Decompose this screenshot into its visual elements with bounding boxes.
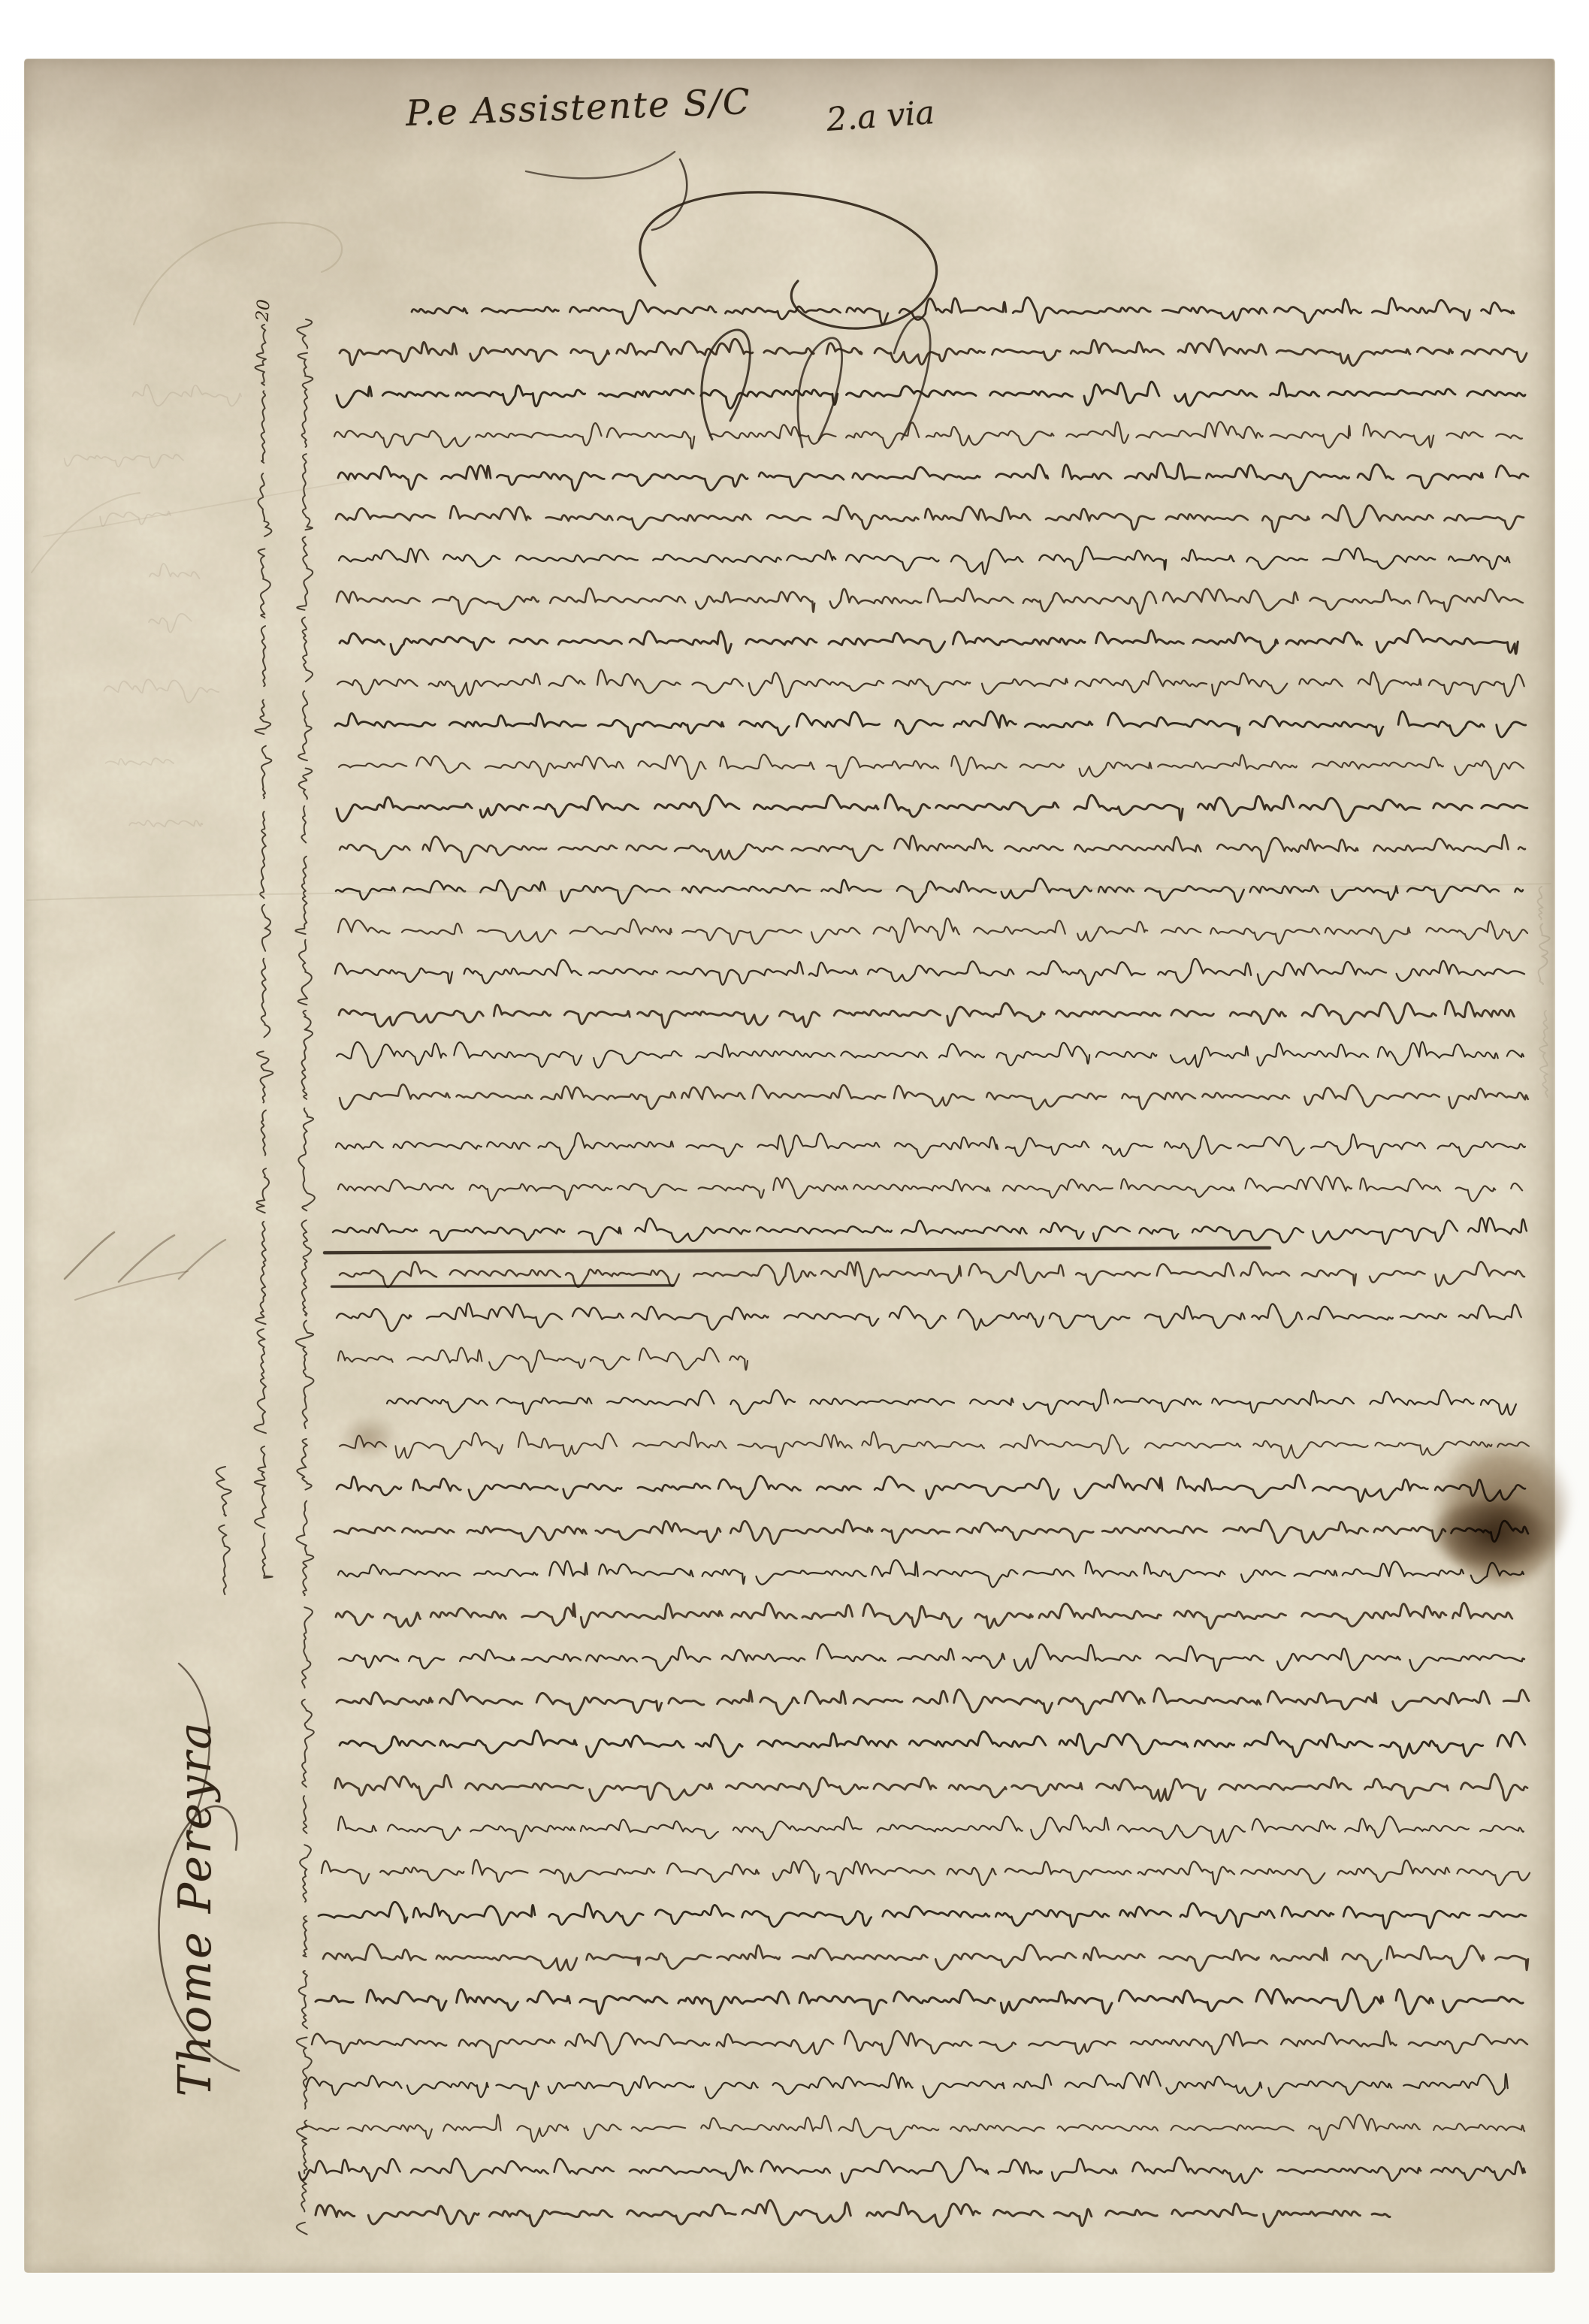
bleed-through-mark — [149, 614, 192, 633]
margin-annotation-line — [295, 319, 315, 2235]
margin-annotation-line — [216, 1467, 231, 1594]
handwriting-line — [338, 918, 1527, 944]
header-swash — [526, 152, 675, 178]
handwriting-line — [312, 2031, 1527, 2058]
handwriting-line — [316, 1989, 1523, 2014]
handwriting-line — [338, 1176, 1522, 1201]
handwriting-line — [339, 1001, 1514, 1028]
margin-annotation-line — [254, 325, 273, 1578]
pen-flourish — [894, 317, 930, 440]
handwriting-line — [387, 1389, 1516, 1415]
handwriting-line — [335, 712, 1526, 737]
bleed-through-mark — [1538, 887, 1550, 984]
handwriting-line — [340, 1262, 1524, 1287]
bleed-through-mark — [1539, 1011, 1548, 1097]
bleed-through-mark — [129, 821, 202, 827]
handwriting-line — [340, 835, 1525, 863]
handwriting-line — [340, 630, 1518, 655]
handwriting-line — [339, 547, 1509, 574]
handwriting-line — [337, 1042, 1524, 1068]
handwriting-line — [334, 422, 1522, 449]
handwriting-line — [322, 1860, 1530, 1885]
handwriting-line — [339, 1644, 1524, 1671]
bleed-through-mark — [132, 385, 241, 406]
handwriting-line — [338, 1560, 1524, 1587]
handwriting-line — [323, 1945, 1528, 1972]
handwriting-line — [333, 1218, 1527, 1245]
handwriting-line — [307, 2072, 1508, 2100]
handwriting-line — [412, 298, 1514, 325]
handwriting-line — [335, 959, 1524, 985]
handwriting-line — [338, 1347, 748, 1372]
handwriting-line — [334, 1520, 1528, 1544]
bleed-through-mark — [65, 455, 183, 468]
handwriting-line — [336, 505, 1524, 531]
handwriting-line — [340, 1084, 1528, 1109]
handwriting-line — [340, 1432, 1529, 1459]
margin-diagonal-mark — [179, 1240, 225, 1279]
margin-numeral: 20 — [252, 298, 273, 322]
bleed-through-mark — [106, 758, 174, 765]
handwriting-line — [340, 1730, 1525, 1757]
scan-background: P.e Assistente S/C 2.a via 20 Thome Pere… — [0, 0, 1589, 2324]
margin-diagonal-mark — [65, 1232, 114, 1279]
handwriting-line — [337, 1688, 1529, 1715]
faint-pencil-curve — [32, 493, 140, 573]
handwriting-line — [336, 1603, 1512, 1628]
handwriting-line — [337, 1475, 1525, 1502]
handwriting-line — [337, 670, 1524, 697]
small-smudge — [342, 1416, 396, 1458]
handwriting-line — [335, 1774, 1527, 1801]
bleed-through-mark — [104, 679, 219, 703]
handwriting-line — [319, 1902, 1526, 1928]
handwriting-line — [302, 2114, 1524, 2141]
handwriting-line — [316, 2200, 1390, 2226]
handwriting-line — [337, 795, 1527, 821]
paper-scratch — [44, 481, 353, 536]
faint-pencil-curve — [134, 222, 342, 325]
handwriting-line — [338, 1815, 1524, 1843]
bleed-through-mark — [150, 564, 199, 579]
signature-name: Thome Pereyra — [169, 1721, 222, 2097]
margin-diagonal-mark — [75, 1271, 188, 1300]
handwriting-line — [336, 1133, 1525, 1159]
handwriting-line — [340, 339, 1527, 366]
handwriting-line — [337, 588, 1523, 614]
header-swash — [652, 159, 687, 230]
handwriting-line — [339, 754, 1524, 779]
copy-number-label: 2.a via — [825, 94, 935, 139]
handwriting-line — [338, 463, 1528, 491]
handwriting-line — [337, 1304, 1521, 1331]
handwriting-line — [299, 2157, 1525, 2183]
signature: Thome Pereyra — [113, 1728, 278, 2089]
handwriting-line — [337, 382, 1525, 409]
